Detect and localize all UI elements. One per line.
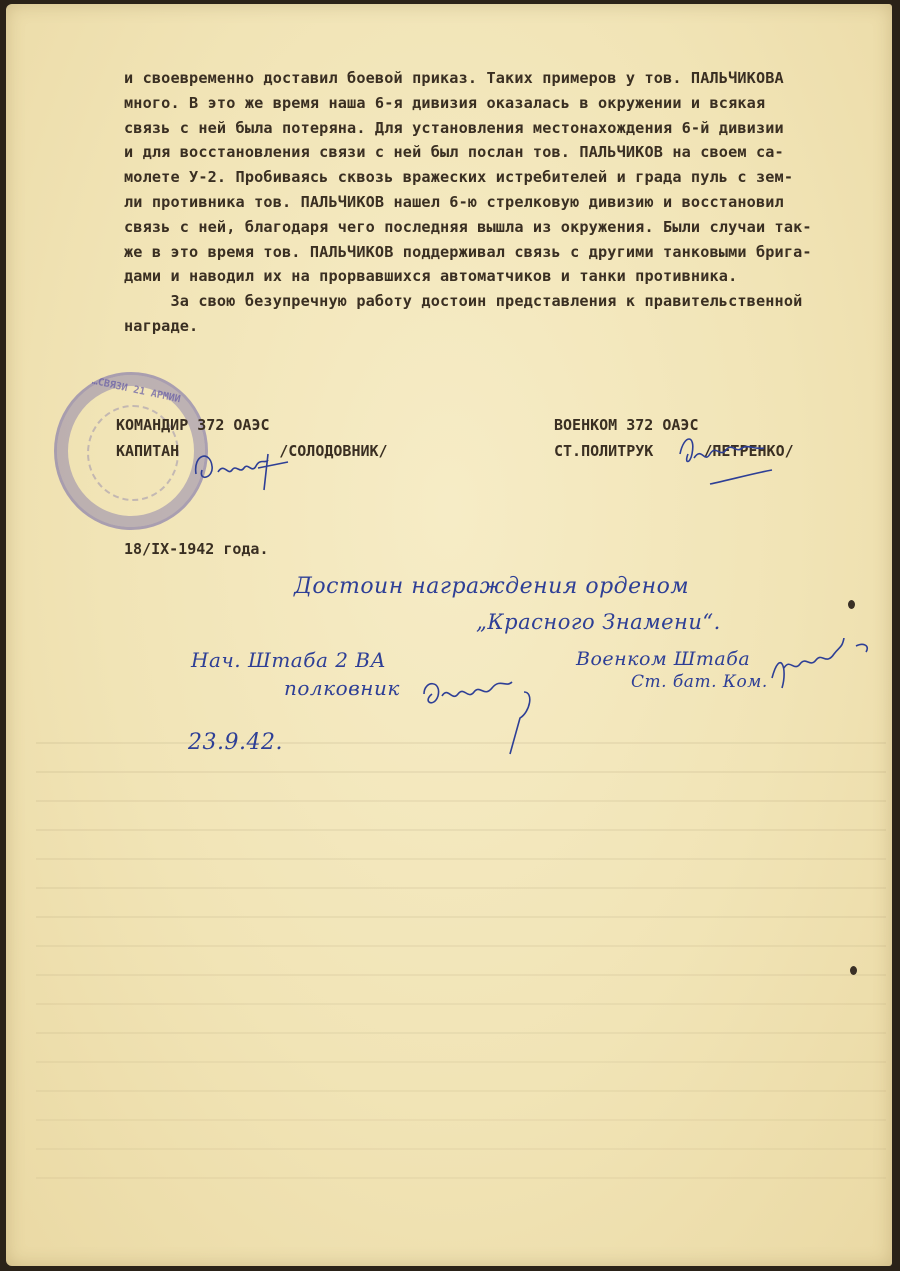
body-line: и своевременно доставил боевой приказ. Т… (124, 66, 894, 91)
handwritten-resolution-line1: Достоин награждения орденом (294, 574, 689, 599)
typed-body: и своевременно доставил боевой приказ. Т… (124, 66, 894, 339)
body-line: и для восстановления связи с ней был пос… (124, 140, 894, 165)
commissar-rank: СТ.ПОЛИТРУК (554, 438, 653, 464)
commander-title: КОМАНДИР 372 ОАЭС (116, 412, 388, 438)
body-line: дами и наводил их на прорвавшихся автома… (124, 264, 894, 289)
body-line: связь с ней, благодаря чего последняя вы… (124, 215, 894, 240)
handwritten-date: 23.9.42. (188, 730, 283, 755)
body-line: много. В это же время наша 6-я дивизия о… (124, 91, 894, 116)
handwritten-chief-of-staff-rank: полковник (284, 676, 400, 700)
handwritten-staff-commissar-rank: Ст. бат. Ком. (631, 672, 768, 692)
handwritten-chief-of-staff-title: Нач. Штаба 2 ВА (191, 648, 386, 672)
bleed-through-text (36, 724, 886, 1194)
typed-date: 18/IX-1942 года. (124, 540, 269, 558)
body-line: молете У-2. Пробиваясь сквозь вражеских … (124, 165, 894, 190)
signature-scribble-chief-of-staff (414, 674, 554, 764)
signature-scribble-petrenko (670, 424, 780, 494)
commander-rank: КАПИТАН (116, 438, 179, 464)
handwritten-resolution-line2: „Красного Знамени“. (476, 610, 721, 634)
stamp-text: …СВЯЗИ 21 АРМИИ (91, 376, 182, 406)
document-page: и своевременно доставил боевой приказ. Т… (6, 4, 892, 1266)
punch-hole-mark (848, 600, 855, 609)
signature-scribble-solodovnik (188, 444, 298, 494)
body-line: связь с ней была потеряна. Для установле… (124, 116, 894, 141)
body-line: награде. (124, 314, 894, 339)
body-line: За свою безупречную работу достоин предс… (124, 289, 894, 314)
body-line: ли противника тов. ПАЛЬЧИКОВ нашел 6-ю с… (124, 190, 894, 215)
handwritten-staff-commissar-title: Военком Штаба (576, 648, 750, 670)
body-line: же в это время тов. ПАЛЬЧИКОВ поддержива… (124, 240, 894, 265)
punch-hole-mark (850, 966, 857, 975)
signature-scribble-staff-commissar (766, 638, 886, 698)
